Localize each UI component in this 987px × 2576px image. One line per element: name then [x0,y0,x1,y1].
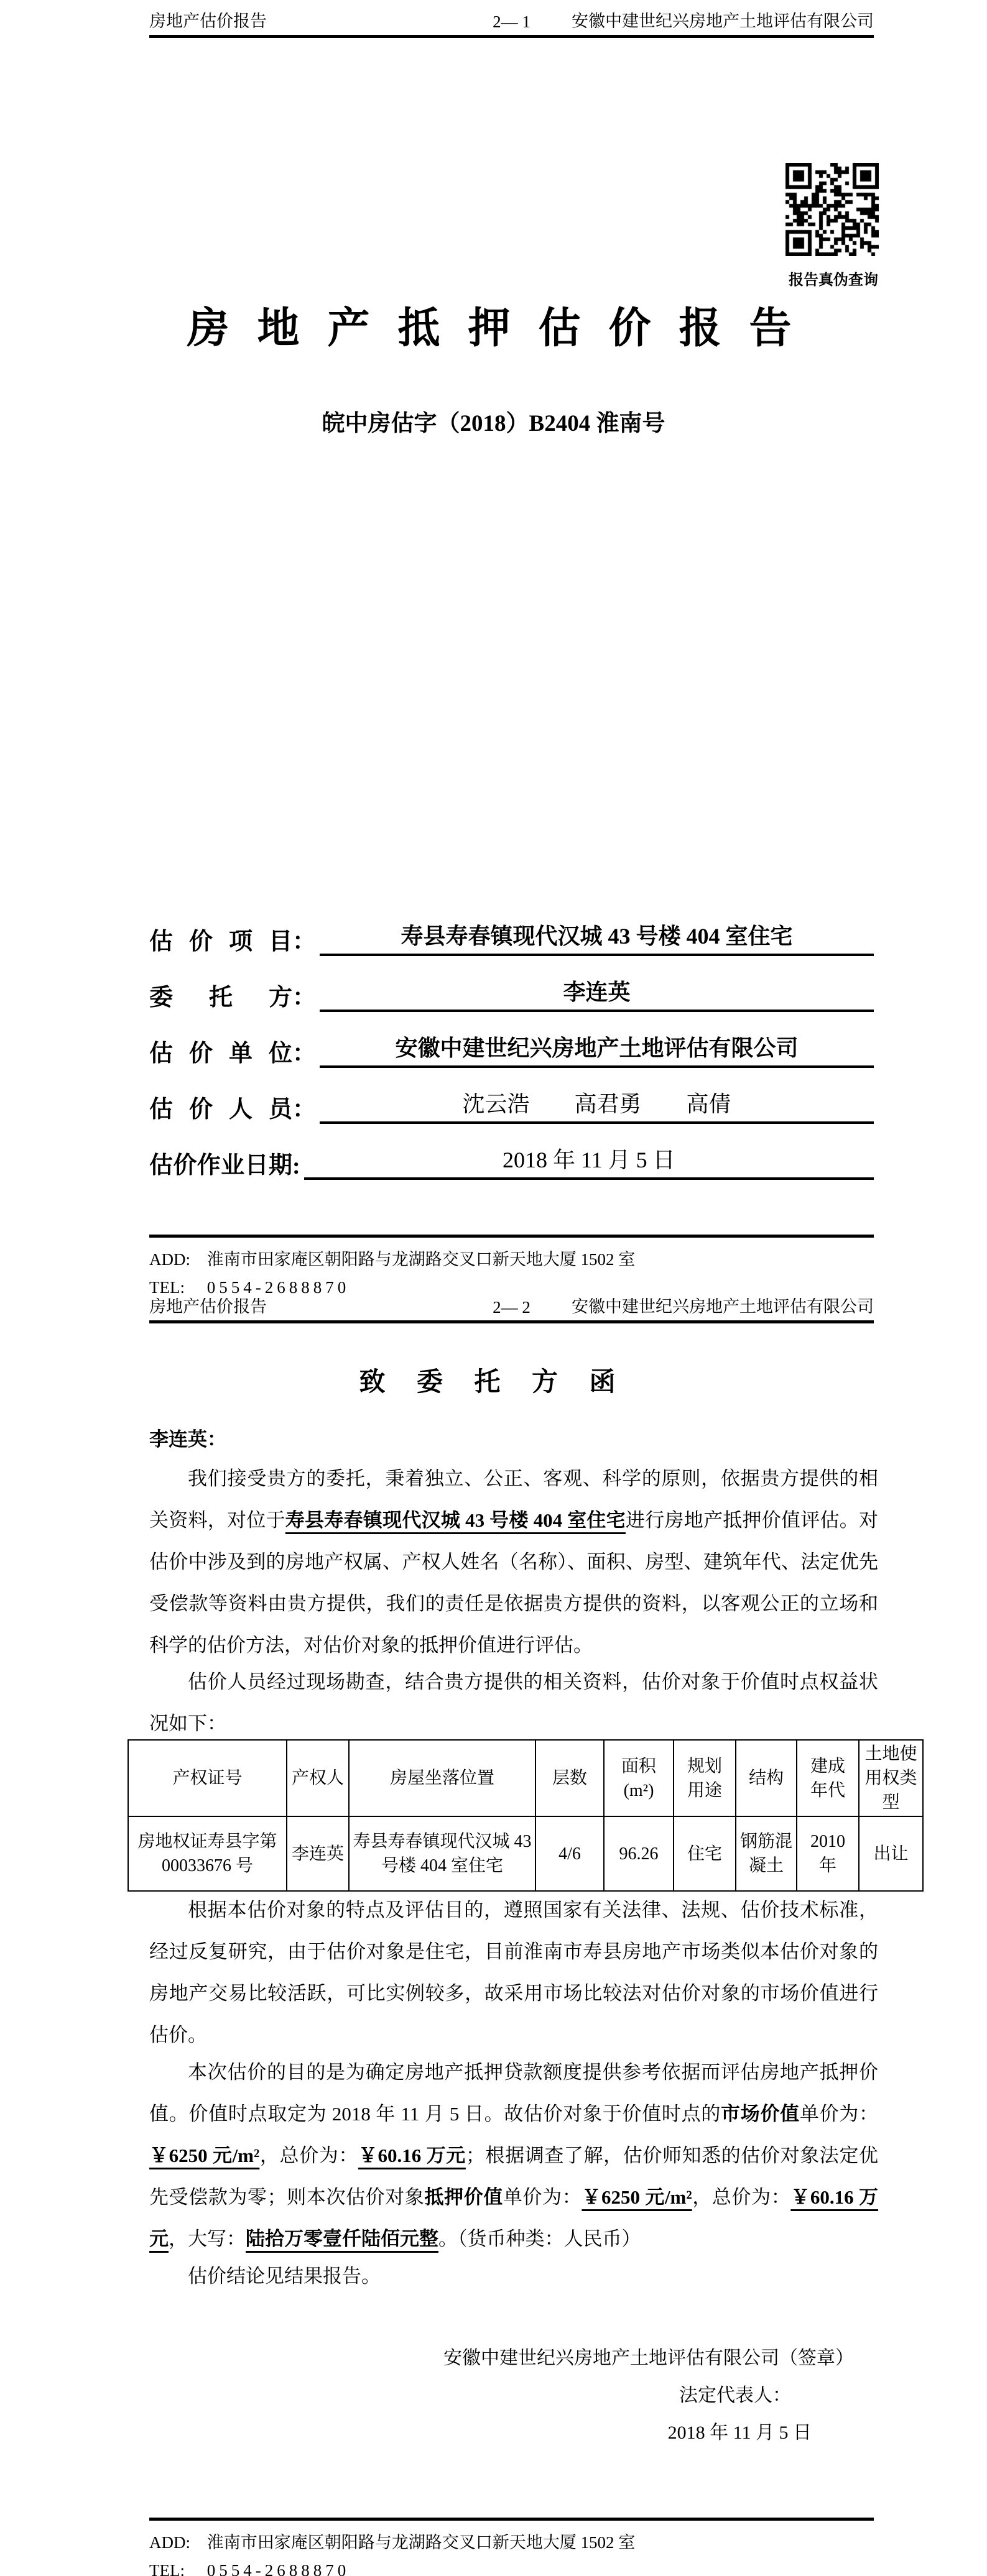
cell-location: 寿县寿春镇现代汉城 43号楼 404 室住宅 [349,1816,535,1891]
col-area: 面积 (m²) [604,1740,674,1816]
col-certificate-no: 产权证号 [128,1740,287,1816]
page1-running-header: 房地产估价报告 2— 1 安徽中建世纪兴房地产土地评估有限公司 [149,7,874,38]
field-value-appraisers: 沈云浩 高君勇 高倩 [320,1087,874,1124]
cell-planned-use: 住宅 [674,1816,736,1891]
letter-paragraph-5: 估价结论见结果报告。 [149,2255,878,2297]
header-company-name: 安徽中建世纪兴房地产土地评估有限公司 [531,1293,874,1317]
col-location: 房屋坐落位置 [349,1740,535,1816]
page1-footer: ADD: 淮南市田家庵区朝阳路与龙湖路交叉口新天地大厦 1502 室 TEL: … [149,1235,874,1297]
cell-area: 96.26 [604,1816,674,1891]
header-doc-title: 房地产估价报告 [149,1293,493,1317]
col-structure: 结构 [736,1740,797,1816]
footer-phone-value: 0554-2688870 [207,2561,350,2576]
field-colon: : [292,1152,300,1180]
field-label-appraisers: 估价人员 [149,1090,292,1124]
cell-floor: 4/6 [535,1816,604,1891]
footer-address-line: ADD: 淮南市田家庵区朝阳路与龙湖路交叉口新天地大厦 1502 室 [149,1246,874,1270]
field-row-appraisal-date: 估价作业日期: 2018 年 11 月 5 日 [149,1140,874,1180]
field-row-appraisers: 估价人员： 沈云浩 高君勇 高倩 [149,1084,874,1124]
signature-company: 安徽中建世纪兴房地产土地评估有限公司（签章） [149,2340,874,2377]
header-page-number: 2— 2 [493,1298,531,1317]
cell-owner: 李连英 [287,1816,349,1891]
field-label-appraisal-firm: 估价单位 [149,1034,292,1068]
footer-address-value: 淮南市田家庵区朝阳路与龙湖路交叉口新天地大厦 1502 室 [207,2533,636,2552]
field-value-appraisal-date: 2018 年 11 月 5 日 [304,1143,874,1180]
page2-running-header: 房地产估价报告 2— 2 安徽中建世纪兴房地产土地评估有限公司 [149,1293,874,1323]
field-row-appraisal-firm: 估价单位： 安徽中建世纪兴房地产土地评估有限公司 [149,1028,874,1068]
qr-code [785,163,880,257]
signature-block: 安徽中建世纪兴房地产土地评估有限公司（签章） 法定代表人： 2018 年 11 … [149,2340,874,2452]
field-colon: ： [292,1034,316,1068]
footer-address-label: ADD: [149,1250,203,1269]
footer-address-label: ADD: [149,2533,203,2552]
field-colon: ： [292,1090,316,1124]
letter-paragraph-3: 根据本估价对象的特点及评估目的，遵照国家有关法律、法规、估价技术标准，经过反复研… [149,1889,878,2056]
field-value-appraisal-firm: 安徽中建世纪兴房地产土地评估有限公司 [320,1031,874,1068]
page2-footer: ADD: 淮南市田家庵区朝阳路与龙湖路交叉口新天地大厦 1502 室 TEL: … [149,2518,874,2576]
field-colon: ： [292,978,316,1012]
cell-certificate-no: 房地权证寿县字第00033676 号 [128,1816,287,1891]
field-row-client: 委托方： 李连英 [149,972,874,1012]
field-label-appraisal-date: 估价作业日期 [149,1146,292,1180]
footer-phone-label: TEL: [149,2561,203,2576]
col-owner: 产权人 [287,1740,349,1816]
col-floor: 层数 [535,1740,604,1816]
header-company-name: 安徽中建世纪兴房地产土地评估有限公司 [531,7,874,32]
field-row-project: 估价项目： 寿县寿春镇现代汉城 43 号楼 404 室住宅 [149,916,874,956]
letter-salutation: 李连英： [149,1424,226,1451]
signature-legal-representative: 法定代表人： [149,2377,874,2414]
field-value-client: 李连英 [320,975,874,1012]
footer-address-value: 淮南市田家庵区朝阳路与龙湖路交叉口新天地大厦 1502 室 [207,1250,636,1269]
letter-title: 致 委 托 方 函 [0,1361,987,1399]
cell-year-built: 2010 年 [797,1816,859,1891]
letter-paragraph-2: 估价人员经过现场勘查，结合贵方提供的相关资料，估价对象于价值时点权益状况如下： [149,1661,878,1744]
document-page: 房地产估价报告 2— 1 安徽中建世纪兴房地产土地评估有限公司 报告真伪查询 房… [0,0,987,2576]
property-rights-table: 产权证号 产权人 房屋坐落位置 层数 面积 (m²) 规划 用途 结构 建成 年… [127,1739,924,1892]
field-label-client: 委托方 [149,978,292,1012]
field-label-project: 估价项目 [149,922,292,956]
field-value-project: 寿县寿春镇现代汉城 43 号楼 404 室住宅 [320,919,874,956]
letter-paragraph-1: 我们接受贵方的委托，秉着独立、公正、客观、科学的原则，依据贵方提供的相关资料，对… [149,1458,878,1666]
col-planned-use: 规划 用途 [674,1740,736,1816]
report-main-title: 房 地 产 抵 押 估 价 报 告 [0,295,987,355]
cover-fields: 估价项目： 寿县寿春镇现代汉城 43 号楼 404 室住宅 委托方： 李连英 估… [149,916,874,1196]
table-row: 房地权证寿县字第00033676 号 李连英 寿县寿春镇现代汉城 43号楼 40… [128,1816,923,1891]
col-land-use-right: 土地使用权类型 [859,1740,923,1816]
header-doc-title: 房地产估价报告 [149,7,493,32]
letter-paragraph-4: 本次估价的目的是为确定房地产抵押贷款额度提供参考依据而评估房地产抵押价值。价值时… [149,2051,878,2260]
cell-land-use-right: 出让 [859,1816,923,1891]
qr-caption: 报告真伪查询 [779,267,888,289]
qr-code-canvas [785,163,879,256]
signature-date: 2018 年 11 月 5 日 [149,2414,874,2452]
report-number: 皖中房估字（2018）B2404 淮南号 [0,404,987,438]
col-year-built: 建成 年代 [797,1740,859,1816]
footer-phone-line: TEL: 0554-2688870 [149,2561,874,2576]
footer-address-line: ADD: 淮南市田家庵区朝阳路与龙湖路交叉口新天地大厦 1502 室 [149,2529,874,2553]
cell-structure: 钢筋混凝土 [736,1816,797,1891]
header-page-number: 2— 1 [493,12,531,32]
table-header-row: 产权证号 产权人 房屋坐落位置 层数 面积 (m²) 规划 用途 结构 建成 年… [128,1740,923,1816]
field-colon: ： [292,922,316,956]
